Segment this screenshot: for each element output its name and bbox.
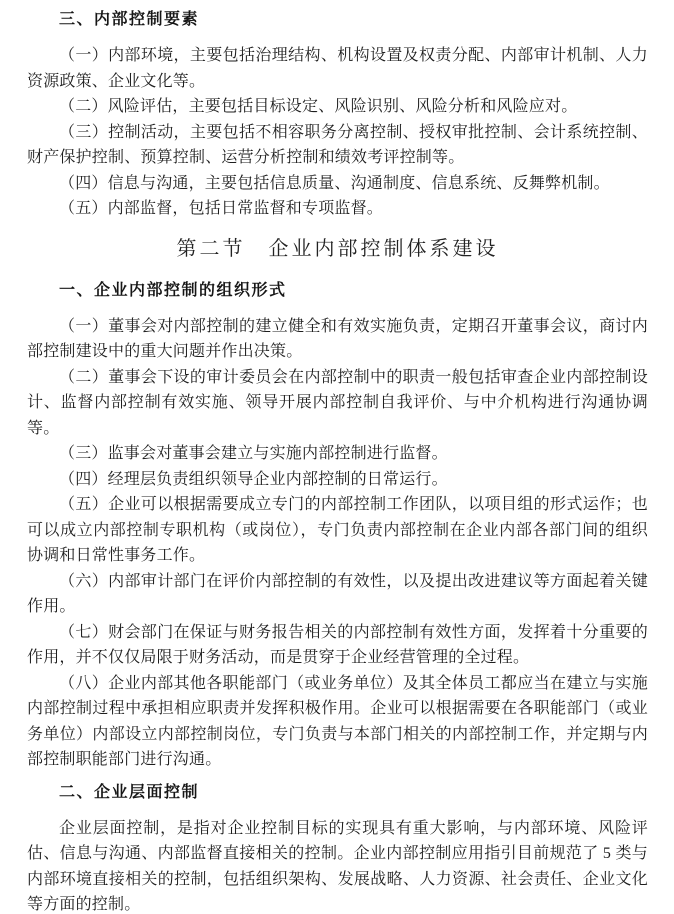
paragraph-org-1: （一）董事会对内部控制的建立健全和有效实施负责，定期召开董事会议，商讨内部控制建… (27, 314, 648, 365)
paragraph-org-8: （八）企业内部其他各职能部门（或业务单位）及其全体员工都应当在建立与实施内部控制… (27, 671, 648, 773)
paragraph-element-3: （三）控制活动，主要包括不相容职务分离控制、授权审批控制、会计系统控制、财产保护… (27, 120, 648, 171)
paragraph-element-4: （四）信息与沟通，主要包括信息质量、沟通制度、信息系统、反舞弊机制。 (27, 171, 648, 197)
paragraph-org-7: （七）财会部门在保证与财务报告相关的内部控制有效性方面，发挥着十分重要的作用，并… (27, 620, 648, 671)
elements-paragraph-group: （一）内部环境，主要包括治理结构、机构设置及权责分配、内部审计机制、人力资源政策… (27, 43, 648, 222)
document-page: 三、内部控制要素 （一）内部环境，主要包括治理结构、机构设置及权责分配、内部审计… (0, 0, 674, 914)
paragraph-element-2: （二）风险评估，主要包括目标设定、风险识别、风险分析和风险应对。 (27, 94, 648, 120)
paragraph-org-6: （六）内部审计部门在评价内部控制的有效性，以及提出改进建议等方面起着关键作用。 (27, 569, 648, 620)
organization-paragraph-group: （一）董事会对内部控制的建立健全和有效实施负责，定期召开董事会议，商讨内部控制建… (27, 314, 648, 773)
heading-organization-form: 一、企业内部控制的组织形式 (27, 280, 648, 302)
heading-internal-control-elements: 三、内部控制要素 (27, 9, 648, 31)
paragraph-org-3: （三）监事会对董事会建立与实施内部控制进行监督。 (27, 441, 648, 467)
paragraph-element-5: （五）内部监督，包括日常监督和专项监督。 (27, 196, 648, 222)
paragraph-element-1: （一）内部环境，主要包括治理结构、机构设置及权责分配、内部审计机制、人力资源政策… (27, 43, 648, 94)
paragraph-org-5: （五）企业可以根据需要成立专门的内部控制工作团队，以项目组的形式运作；也可以成立… (27, 492, 648, 569)
paragraph-org-4: （四）经理层负责组织领导企业内部控制的日常运行。 (27, 467, 648, 493)
heading-entity-level-control: 二、企业层面控制 (27, 782, 648, 804)
paragraph-entity-level: 企业层面控制，是指对企业控制目标的实现具有重大影响，与内部环境、风险评估、信息与… (27, 816, 648, 914)
paragraph-org-2: （二）董事会下设的审计委员会在内部控制中的职责一般包括审查企业内部控制设计、监督… (27, 365, 648, 442)
section-title: 第二节 企业内部控制体系建设 (27, 235, 648, 263)
